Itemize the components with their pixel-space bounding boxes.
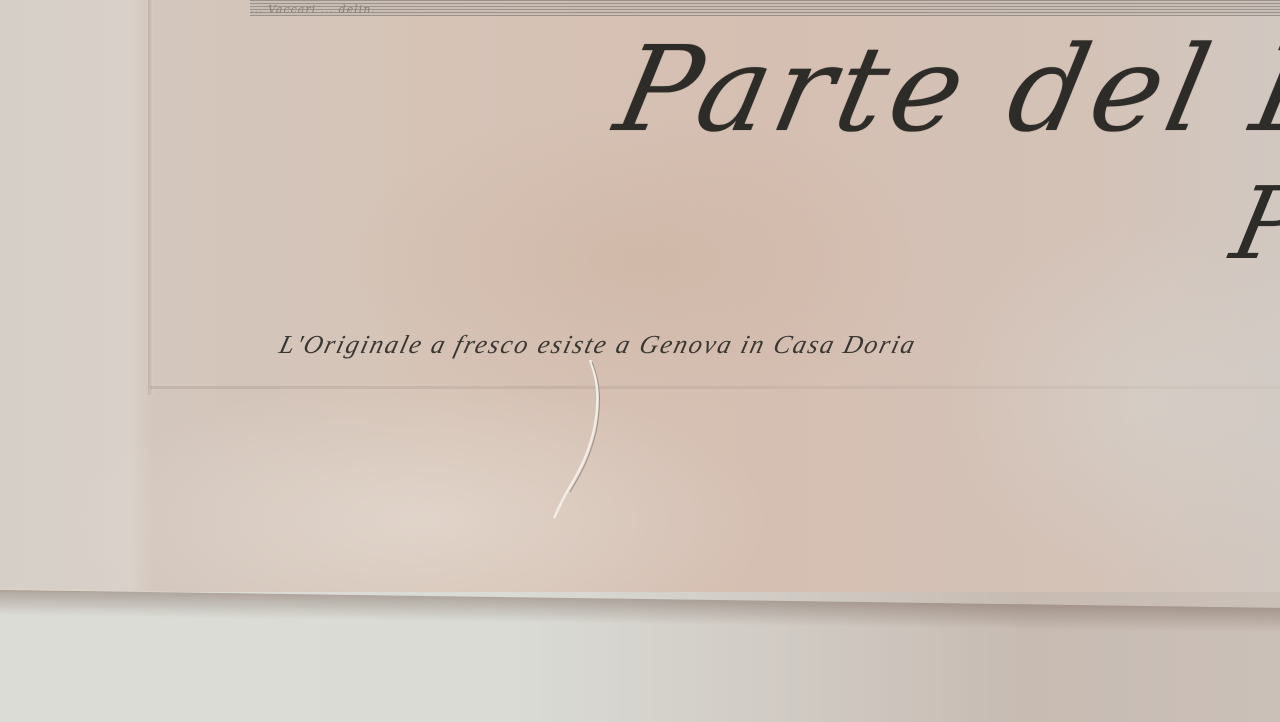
plate-mark [150, 386, 1280, 389]
engraver-signature: ... Vaccari ... delin. [250, 3, 376, 16]
calligraphic-title: Parte del Pr [605, 20, 1280, 158]
print-caption: L'Originale a fresco esiste a Genova in … [276, 330, 920, 360]
border-rules [250, 0, 1280, 16]
paper-tear [550, 360, 610, 520]
photo: ... Vaccari ... delin. Parte del Pr P L'… [0, 0, 1280, 722]
paper-fold [148, 0, 154, 395]
